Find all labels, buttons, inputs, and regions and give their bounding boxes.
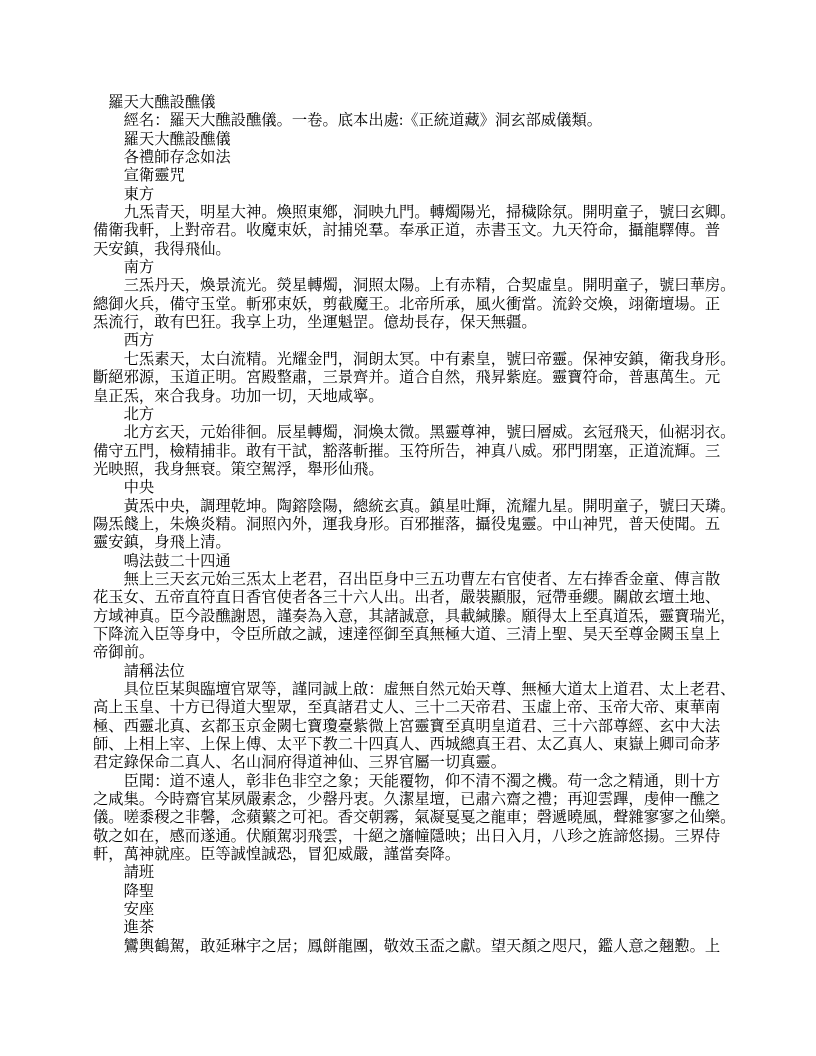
text-line: 七炁素天，太白流精。光耀金門，洞朗太冥。中有素皇，號曰帝靈。保神安鎮，衛我身形。 <box>93 351 733 369</box>
text-line: 陽炁餞上，朱煥炎精。洞照內外，運我身形。百邪摧落，攝役鬼靈。中山神咒，普天使聞。… <box>93 516 733 534</box>
text-line: 北方玄天，元始徘徊。辰星轉燭，洞煥太微。黑靈尊神，號曰層威。玄冠飛天，仙裾羽衣。 <box>93 424 733 442</box>
text-line: 降聖 <box>93 883 733 901</box>
text-line: 安座 <box>93 901 733 919</box>
text-line: 羅天大醮設醮儀 <box>93 131 733 149</box>
text-line: 天安鎮，我得飛仙。 <box>93 241 733 259</box>
text-line: 方域神真。臣今設醮謝恩，謹奏為入意，其諸誠意，具載緘縢。願得太上至真道炁，靈寶瑞… <box>93 608 733 626</box>
text-line: 黃炁中央，調理乾坤。陶鎔陰陽，總統玄真。鎮星吐輝，流耀九星。開明童子，號曰天璘。 <box>93 498 733 516</box>
text-line: 北方 <box>93 406 733 424</box>
text-line: 無上三天玄元始三炁太上老君，召出臣身中三五功曹左右官使者、左右捧香金童、傳言散 <box>93 571 733 589</box>
text-line: 皇正炁，來合我身。功加一切，天地咸寧。 <box>93 388 733 406</box>
text-line: 備衛我軒，上對帝君。收魔束妖，討捕兇羣。奉承正道，赤書玉文。九天符命，攝龍驛傳。… <box>93 222 733 240</box>
text-line: 下降流入臣等身中，令臣所啟之誠，速達徑御至真無極大道、三清上聖、昊天至尊金闕玉皇… <box>93 626 733 644</box>
text-line: 靈安鎮，身飛上清。 <box>93 534 733 552</box>
text-line: 具位臣某與臨壇官眾等，謹同誠上啟：虛無自然元始天尊、無極大道太上道君、太上老君、 <box>93 681 733 699</box>
text-line: 九炁青天，明星大神。煥照東鄕，洞映九門。轉燭陽光，掃穢除氛。開明童子，號曰玄卿。 <box>93 204 733 222</box>
text-line: 備守五門，檢精捕非。敢有干試，豁落斬摧。玉符所告，神真八威。邪門閉塞，正道流輝。… <box>93 443 733 461</box>
text-line: 炁流行，敢有巴狂。我享上功，坐運魁罡。億劫長存，保天無疆。 <box>93 314 733 332</box>
text-line: 南方 <box>93 259 733 277</box>
text-line: 鸞輿鶴駕，敢延琳宇之居；鳳餅龍團，敬效玉盃之獻。望天顏之咫尺，鑑人意之翹懃。上 <box>93 938 733 956</box>
text-line: 羅天大醮設醮儀 <box>93 94 733 112</box>
document-page: 羅天大醮設醮儀經名：羅天大醮設醮儀。一卷。底本出處:《正統道藏》洞玄部威儀類。羅… <box>0 0 816 1056</box>
text-line: 敬之如在，感而遂通。伏願駕羽飛雲，十絕之旛幢隱映；出日入月，八珍之旌諦悠揚。三界… <box>93 828 733 846</box>
text-line: 花玉女、五帝直符直日香官使者各三十六人出。出者，嚴裝顯服，冠帶垂纓。關啟玄壇土地… <box>93 589 733 607</box>
text-line: 宣衛靈咒 <box>93 167 733 185</box>
text-line: 各禮師存念如法 <box>93 149 733 167</box>
text-line: 中央 <box>93 479 733 497</box>
text-line: 儀。嗟黍稷之非馨，念蘋蘩之可祀。香交朝霧，氣凝戛戛之龍車；磬遞曉風，聲雜寥寥之仙… <box>93 809 733 827</box>
text-line: 極、西靈北真、玄都玉京金闕七寶瓊臺紫微上宮靈寶至真明皇道君、三十六部尊經、玄中大… <box>93 718 733 736</box>
text-line: 君定錄保命二真人、名山洞府得道神仙、三界官屬一切真靈。 <box>93 754 733 772</box>
text-line: 進茶 <box>93 919 733 937</box>
text-line: 斷絕邪源，玉道正明。宮殿整肅，三景齊并。道合自然，飛昇紫庭。靈寶符命，普惠萬生。… <box>93 369 733 387</box>
text-line: 光映照，我身無衰。策空駕浮，舉形仙飛。 <box>93 461 733 479</box>
text-line: 臣聞：道不遠人，彰非色非空之象；天能覆物，仰不清不濁之機。苟一念之精通，則十方 <box>93 773 733 791</box>
text-line: 經名：羅天大醮設醮儀。一卷。底本出處:《正統道藏》洞玄部威儀類。 <box>93 112 733 130</box>
text-line: 之咸集。今時齋官某夙嚴素念，少罄丹衷。久潔星壇，已肅六齋之禮；再迎雲蹕，虔伸一醮… <box>93 791 733 809</box>
text-line: 高上玉皇、十方已得道大聖眾，至真諸君丈人、三十二天帝君、玉虛上帝、玉帝大帝、東華… <box>93 699 733 717</box>
text-line: 請班 <box>93 864 733 882</box>
text-line: 總御火兵，備守玉堂。斬邪束妖，剪截魔王。北帝所承，風火衝當。流鈴交煥，翊衛壇場。… <box>93 296 733 314</box>
text-line: 三炁丹天，煥景流光。熒星轉燭，洞照太陽。上有赤精，合契虛皇。開明童子，號曰華房。 <box>93 277 733 295</box>
text-line: 西方 <box>93 332 733 350</box>
text-line: 請稱法位 <box>93 663 733 681</box>
text-line: 東方 <box>93 186 733 204</box>
text-line: 軒，萬神就座。臣等誠惶誠恐，冒犯威嚴，謹當奏降。 <box>93 846 733 864</box>
text-line: 師、上相上宰、上保上傅、太平下教二十四真人、西城總真王君、太乙真人、東嶽上卿司命… <box>93 736 733 754</box>
document-body: 羅天大醮設醮儀經名：羅天大醮設醮儀。一卷。底本出處:《正統道藏》洞玄部威儀類。羅… <box>93 94 733 956</box>
text-line: 鳴法鼓二十四通 <box>93 553 733 571</box>
text-line: 帝御前。 <box>93 644 733 662</box>
